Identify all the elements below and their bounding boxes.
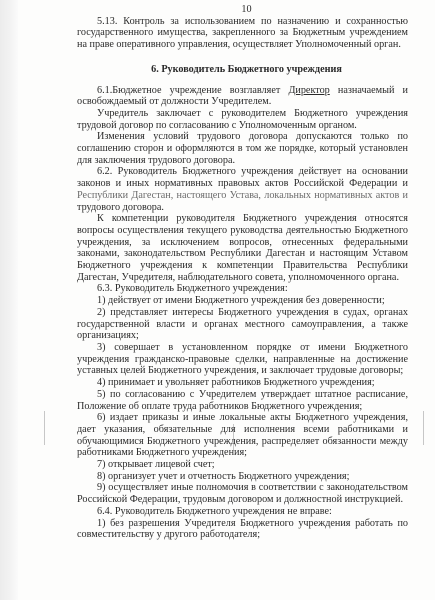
scan-edge-shadow — [0, 0, 18, 600]
section-heading: 6. Руководитель Бюджетного учреждения — [77, 64, 408, 76]
p6-1-pre: 6.1.Бюджетное учреждение возглавляет — [97, 85, 288, 96]
list-item: 7) открывает лицевой счет; — [77, 459, 408, 471]
list-item: 8) организует учет и отчетность Бюджетно… — [77, 471, 408, 483]
list-item: 6) издает приказы и иные локальные акты … — [77, 412, 408, 459]
list-item: 1) без разрешения Учредителя Бюджетного … — [77, 518, 408, 541]
document-page: 10 5.13. Контроль за использованием по н… — [77, 4, 408, 541]
paragraph-contract-changes: Изменения условий трудового договора доп… — [77, 131, 408, 166]
list-item: 4) принимает и увольняет работников Бюдж… — [77, 377, 408, 389]
scan-artifact-line — [423, 411, 424, 445]
director-link: Директор — [288, 85, 329, 96]
paragraph-6-1: 6.1.Бюджетное учреждение возглавляет Дир… — [77, 85, 408, 108]
list-item: 1) действует от имени Бюджетного учрежде… — [77, 295, 408, 307]
paragraph-5-13: 5.13. Контроль за использованием по назн… — [77, 16, 408, 51]
list-item: 3) совершает в установленном порядке от … — [77, 342, 408, 377]
paragraph-competence: К компетенции руководителя Бюджетного уч… — [77, 213, 408, 283]
paragraph-founder-contract: Учредитель заключает с руководителем Бюд… — [77, 108, 408, 131]
list-item: 5) по согласованию с Учредителем утвержд… — [77, 389, 408, 412]
paragraph-6-2: 6.2. Руководитель Бюджетного учреждения … — [77, 166, 408, 213]
paragraph-6-3-title: 6.3. Руководитель Бюджетного учреждения: — [77, 283, 408, 295]
scan-artifact-line — [44, 411, 45, 445]
p6-2-c: трудового договора. — [77, 202, 164, 213]
p6-2-a: 6.2. Руководитель Бюджетного учреждения … — [77, 166, 408, 189]
p6-2-b: Республики Дагестан, настоящего Устава, … — [77, 190, 408, 201]
list-item: 2) представляет интересы Бюджетного учре… — [77, 307, 408, 342]
list-item: 9) осуществляет иные полномочия в соотве… — [77, 482, 408, 505]
paragraph-6-4-title: 6.4. Руководитель Бюджетного учреждения … — [77, 506, 408, 518]
page-number: 10 — [77, 4, 408, 16]
